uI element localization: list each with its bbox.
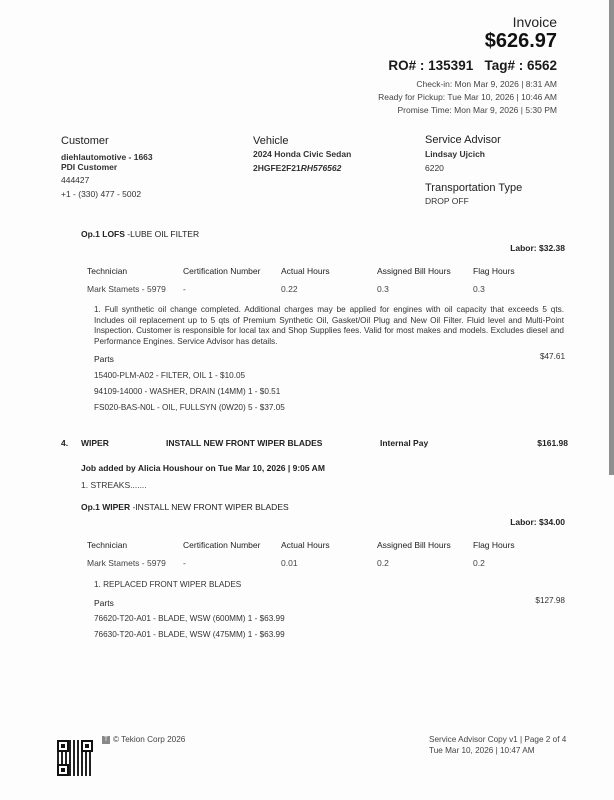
col-certification: Certification Number [183,266,260,276]
op-note: 1. Full synthetic oil change completed. … [94,305,564,347]
tekion-logo-icon: T [102,736,110,744]
col-flag-hours: Flag Hours [473,540,515,550]
invoice-total: $626.97 [485,30,557,53]
vin-suffix: RH576562 [301,163,342,173]
vehicle-title: Vehicle [253,135,288,147]
copyright: © Tekion Corp 2026 [113,735,185,744]
job-total: $161.98 [537,438,568,448]
labor-amount: Labor: $32.38 [510,243,565,253]
op-note: 1. REPLACED FRONT WIPER BLADES [94,580,241,589]
labor-amount: Labor: $34.00 [510,517,565,527]
customer-title: Customer [61,135,109,147]
parts-total: $127.98 [535,596,565,605]
cell-assigned-bill-hours: 0.2 [377,558,389,568]
op-description: -INSTALL NEW FRONT WIPER BLADES [130,502,289,512]
job-pay-type: Internal Pay [380,438,428,448]
cell-flag-hours: 0.3 [473,284,485,294]
promise-time: Promise Time: Mon Mar 9, 2026 | 5:30 PM [397,105,557,115]
copy-page-info: Service Advisor Copy v1 | Page 2 of 4 [429,735,566,744]
check-in-time: Check-in: Mon Mar 9, 2026 | 8:31 AM [416,79,557,89]
cell-flag-hours: 0.2 [473,558,485,568]
customer-name: diehlautomotive - 1663 [61,152,153,162]
op-code: Op.1 WIPER [81,502,130,512]
page-edge-shadow [609,0,614,475]
op-title-wiper: Op.1 WIPER -INSTALL NEW FRONT WIPER BLAD… [81,502,289,512]
part-line: 76620-T20-A01 - BLADE, WSW (600MM) 1 - $… [94,614,285,623]
ro-tag-number: RO# : 135391 Tag# : 6562 [388,58,557,73]
cell-certification: - [183,284,186,294]
customer-type: PDI Customer [61,162,117,172]
col-certification: Certification Number [183,540,260,550]
service-advisor-id: 6220 [425,163,444,173]
vin-prefix: 2HGFE2F21 [253,163,301,173]
printed-timestamp: Tue Mar 10, 2026 | 10:47 AM [429,746,535,755]
op-code: Op.1 LOFS [81,229,125,239]
col-technician: Technician [87,540,127,550]
cell-certification: - [183,558,186,568]
col-assigned-bill-hours: Assigned Bill Hours [377,266,451,276]
invoice-label: Invoice [513,14,557,30]
cell-actual-hours: 0.01 [281,558,298,568]
col-flag-hours: Flag Hours [473,266,515,276]
cell-technician: Mark Stamets - 5979 [87,558,166,568]
qr-code-icon [57,740,93,776]
cell-assigned-bill-hours: 0.3 [377,284,389,294]
col-technician: Technician [87,266,127,276]
parts-total: $47.61 [540,352,565,361]
service-advisor-name: Lindsay Ujcich [425,149,485,159]
vehicle-vin: 2HGFE2F21RH576562 [253,163,341,173]
parts-label: Parts [94,598,114,608]
col-actual-hours: Actual Hours [281,266,330,276]
op-title-lofs: Op.1 LOFS -LUBE OIL FILTER [81,229,199,239]
part-line: 15400-PLM-A02 - FILTER, OIL 1 - $10.05 [94,371,245,380]
transportation-value: DROP OFF [425,196,469,206]
cell-technician: Mark Stamets - 5979 [87,284,166,294]
part-line: 76630-T20-A01 - BLADE, WSW (475MM) 1 - $… [94,630,285,639]
ready-for-pickup-time: Ready for Pickup: Tue Mar 10, 2026 | 10:… [378,92,557,102]
cell-actual-hours: 0.22 [281,284,298,294]
job-code: WIPER [81,438,109,448]
job-title: INSTALL NEW FRONT WIPER BLADES [166,438,322,448]
service-advisor-title: Service Advisor [425,134,501,146]
transportation-title: Transportation Type [425,182,522,194]
part-line: 94109-14000 - WASHER, DRAIN (14MM) 1 - $… [94,387,280,396]
job-added-by: Job added by Alicia Houshour on Tue Mar … [81,463,325,473]
customer-phone: +1 - (330) 477 - 5002 [61,189,141,199]
vehicle-model: 2024 Honda Civic Sedan [253,149,351,159]
col-assigned-bill-hours: Assigned Bill Hours [377,540,451,550]
col-actual-hours: Actual Hours [281,540,330,550]
op-description: -LUBE OIL FILTER [125,229,199,239]
job-concern: 1. STREAKS....... [81,480,147,490]
customer-id: 444427 [61,175,89,185]
parts-label: Parts [94,354,114,364]
job-number: 4. [61,438,68,448]
part-line: FS020-BAS-N0L - OIL, FULLSYN (0W20) 5 - … [94,403,285,412]
